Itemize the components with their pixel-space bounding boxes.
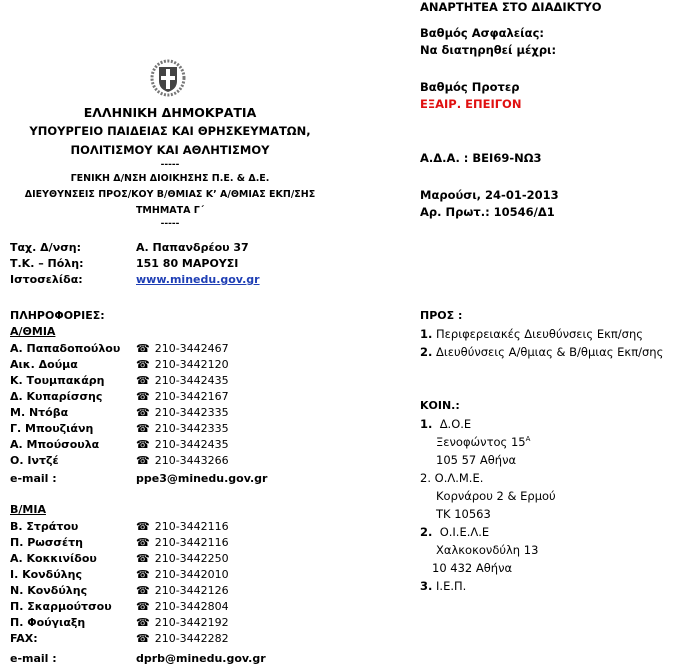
contact-name: Α. Κοκκινίδου	[10, 551, 97, 567]
contact-name: Ν. Κονδύλης	[10, 583, 87, 599]
email-label: e-mail :	[10, 651, 57, 667]
contact-phone: ☎210-3442010	[136, 567, 229, 583]
cc-item-street: Χαλκοκονδύλη 13	[436, 543, 538, 557]
contact-phone: ☎210-3442435	[136, 437, 229, 453]
cc-item-name: 3. Ι.Ε.Π.	[420, 579, 466, 593]
telephone-icon: ☎	[136, 536, 150, 549]
contact-phone: ☎210-3442126	[136, 583, 229, 599]
contact-name: Ι. Κονδύλης	[10, 567, 82, 583]
contact-name: Γ. Μπουζιάνη	[10, 421, 93, 437]
contact-phone: ☎210-3442804	[136, 599, 229, 615]
secondary-email[interactable]: dprb@minedu.gov.gr	[136, 651, 266, 667]
contact-name: Π. Φούγιαξη	[10, 615, 85, 631]
contact-phone: ☎210-3442120	[136, 357, 229, 373]
address-label: Ταχ. Δ/νση:	[10, 240, 81, 256]
contact-phone: ☎210-3442335	[136, 421, 229, 437]
contact-name: Αικ. Δούμα	[10, 357, 78, 373]
cc-item-city: ΤΚ 10563	[436, 507, 491, 521]
ministry-line-2: ΠΟΛΙΤΙΣΜΟΥ ΚΑΙ ΑΘΛΗΤΙΣΜΟΥ	[0, 141, 340, 160]
contact-phone: ☎210-3442435	[136, 373, 229, 389]
contact-phone: ☎210-3442467	[136, 341, 229, 357]
telephone-icon: ☎	[136, 342, 150, 355]
contact-name: Π. Ρωσσέτη	[10, 535, 83, 551]
contact-phone: ☎210-3442335	[136, 405, 229, 421]
contact-phone: ☎210-3443266	[136, 453, 229, 469]
telephone-icon: ☎	[136, 406, 150, 419]
contact-phone: ☎210-3442116	[136, 519, 229, 535]
contact-name: Β. Στράτου	[10, 519, 78, 535]
contact-phone: ☎210-3442282	[136, 631, 229, 647]
telephone-icon: ☎	[136, 390, 150, 403]
contact-name: Α. Παπαδοπούλου	[10, 341, 120, 357]
postcode-value: 151 80 ΜΑΡΟΥΣΙ	[136, 256, 238, 272]
telephone-icon: ☎	[136, 600, 150, 613]
keep-until: Να διατηρηθεί μέχρι:	[420, 43, 556, 57]
telephone-icon: ☎	[136, 552, 150, 565]
directorates: ΔΙΕΥΘΥΝΣΕΙΣ ΠΡΟΣ/ΚΟΥ Β/ΘΜΙΑΣ Κ’ Α/ΘΜΙΑΣ …	[0, 187, 340, 203]
contact-name: FAX:	[10, 631, 38, 647]
telephone-icon: ☎	[136, 584, 150, 597]
telephone-icon: ☎	[136, 358, 150, 371]
email-label: e-mail :	[10, 471, 57, 487]
cc-item-city: 105 57 Αθήνα	[436, 453, 516, 467]
letterhead: ΕΛΛΗΝΙΚΗ ΔΗΜΟΚΡΑΤΙΑ ΥΠΟΥΡΓΕΙΟ ΠΑΙΔΕΙΑΣ Κ…	[0, 104, 340, 230]
contact-name: Μ. Ντόβα	[10, 405, 68, 421]
telephone-icon: ☎	[136, 632, 150, 645]
telephone-icon: ☎	[136, 374, 150, 387]
departments: ΤΜΗΜΑΤΑ Γ΄	[0, 203, 340, 219]
contact-phone: ☎210-3442167	[136, 389, 229, 405]
republic-title: ΕΛΛΗΝΙΚΗ ΔΗΜΟΚΡΑΤΙΑ	[0, 104, 340, 122]
publish-note: ΑΝΑΡΤΗΤΕΑ ΣΤΟ ΔΙΑΔΙΚΤΥΟ	[420, 0, 602, 14]
priority-label: Βαθμός Προτερ	[420, 80, 519, 94]
recipient-item: 1. Περιφερειακές Διευθύνσεις Εκπ/σης	[420, 327, 643, 341]
telephone-icon: ☎	[136, 422, 150, 435]
contact-name: Π. Σκαρμούτσου	[10, 599, 112, 615]
contact-phone: ☎210-3442250	[136, 551, 229, 567]
telephone-icon: ☎	[136, 438, 150, 451]
place-date: Μαρούσι, 24-01-2013	[420, 188, 559, 202]
telephone-icon: ☎	[136, 520, 150, 533]
ministry-line-1: ΥΠΟΥΡΓΕΙΟ ΠΑΙΔΕΙΑΣ ΚΑΙ ΘΡΗΣΚΕΥΜΑΤΩΝ,	[0, 122, 340, 141]
telephone-icon: ☎	[136, 616, 150, 629]
cc-title: ΚΟΙΝ.:	[420, 399, 460, 412]
separator: -----	[0, 219, 340, 230]
cc-item-name: 2. Ο.Ι.Ε.Λ.Ε	[420, 525, 489, 539]
separator: -----	[0, 160, 340, 171]
contact-name: Κ. Τουμπακάρη	[10, 373, 104, 389]
telephone-icon: ☎	[136, 454, 150, 467]
address-value: Α. Παπανδρέου 37	[136, 240, 249, 256]
cc-item-street: Ξενοφώντος 15Α	[436, 435, 530, 449]
info-title: ΠΛΗΡΟΦΟΡΙΕΣ:	[10, 309, 105, 322]
website-label: Ιστοσελίδα:	[10, 272, 83, 288]
ada-number: Α.Δ.Α. : ΒΕΙ69-ΝΩ3	[420, 151, 542, 165]
contact-phone: ☎210-3442192	[136, 615, 229, 631]
protocol-number: Αρ. Πρωτ.: 10546/Δ1	[420, 205, 555, 219]
general-directorate: ΓΕΝΙΚΗ Δ/ΝΣΗ ΔΙΟΙΚΗΣΗΣ Π.Ε. & Δ.Ε.	[0, 171, 340, 187]
contact-name: Ο. Ιντζέ	[10, 453, 59, 469]
security-level: Βαθμός Ασφαλείας:	[420, 26, 544, 40]
priority-value: ΕΞΑΙΡ. ΕΠΕΙΓΟΝ	[420, 97, 521, 111]
cc-item-street: Κορνάρου 2 & Ερμού	[436, 489, 556, 503]
greek-coat-of-arms-icon	[150, 59, 186, 97]
primary-heading: Α/ΘΜΙΑ	[10, 325, 55, 338]
postcode-label: Τ.Κ. – Πόλη:	[10, 256, 84, 272]
recipients-title: ΠΡΟΣ :	[420, 309, 462, 322]
contact-name: Α. Μπούσουλα	[10, 437, 99, 453]
primary-email[interactable]: ppe3@minedu.gov.gr	[136, 471, 267, 487]
cc-item-name: 2. Ο.Λ.Μ.Ε.	[420, 471, 483, 485]
website-link[interactable]: www.minedu.gov.gr	[136, 272, 260, 288]
secondary-heading: Β/ΜΙΑ	[10, 503, 46, 516]
contact-phone: ☎210-3442116	[136, 535, 229, 551]
contact-name: Δ. Κυπαρίσσης	[10, 389, 102, 405]
cc-item-name: 1. Δ.Ο.Ε	[420, 417, 471, 431]
cc-item-city: 10 432 Αθήνα	[432, 561, 512, 575]
telephone-icon: ☎	[136, 568, 150, 581]
recipient-item: 2. Διευθύνσεις Α/θμιας & Β/θμιας Εκπ/σης	[420, 345, 663, 359]
